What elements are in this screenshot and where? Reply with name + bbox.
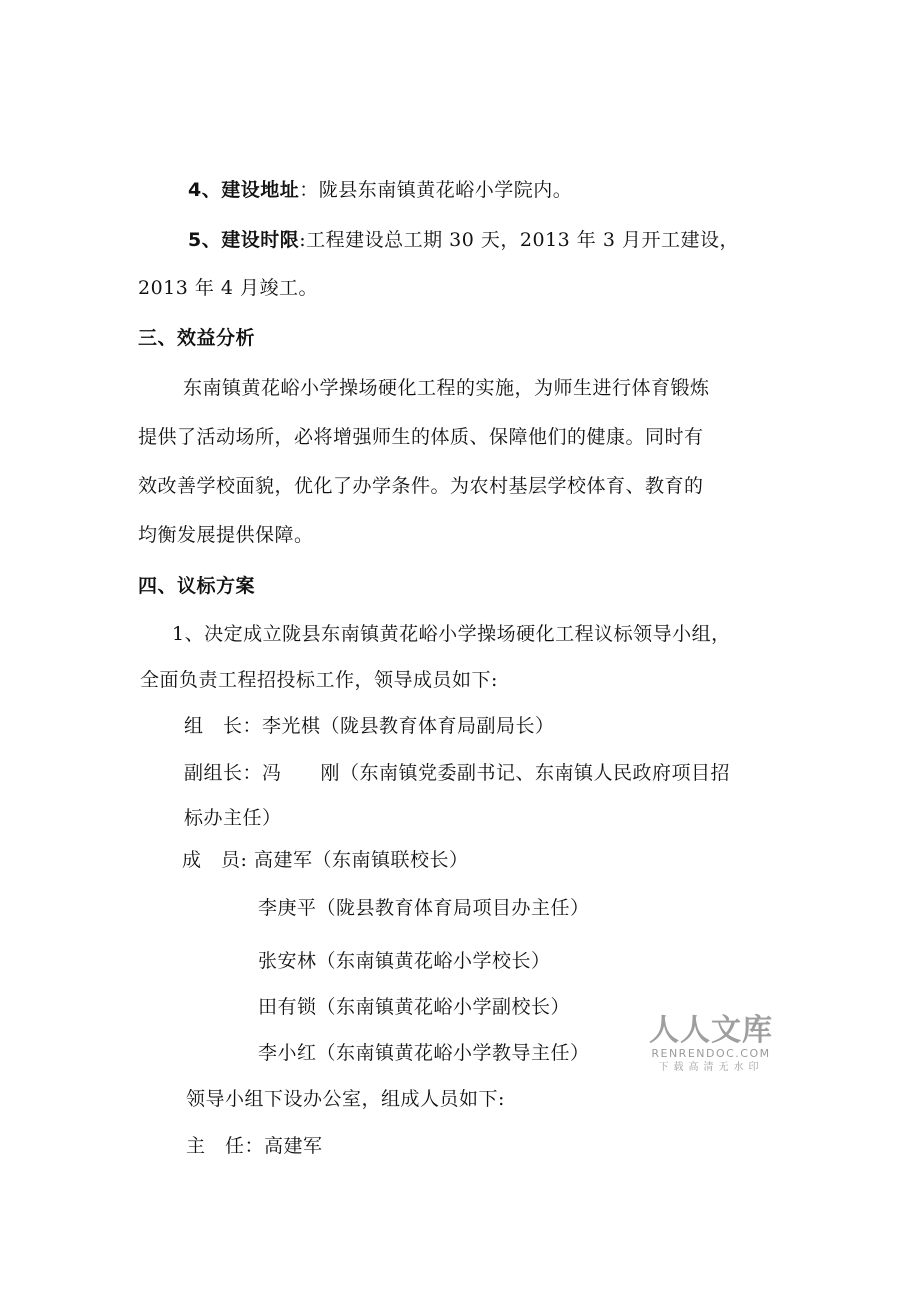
member-line: 张安林（东南镇黄花峪小学校长） [258, 949, 551, 973]
section-3-paragraph-line: 均衡发展提供保障。 [138, 523, 314, 547]
item-4-text: ：陇县东南镇黄花峪小学院内。 [299, 179, 572, 201]
item-5-text: :工程建设总工期 30 天，2013 年 3 月开工建设， [299, 229, 739, 251]
office-director: 主 任：高建军 [186, 1134, 323, 1158]
section-4-heading: 四、议标方案 [138, 574, 255, 598]
deputy-leader: 副组长：冯 刚（东南镇党委副书记、东南镇人民政府项目招 [184, 761, 730, 785]
group-leader: 组 长：李光棋（陇县教育体育局副局长） [184, 714, 555, 738]
watermark: 人人文库 RENRENDOC.COM 下载高清无水印 [646, 1015, 776, 1075]
office-intro: 领导小组下设办公室，组成人员如下: [186, 1087, 505, 1111]
watermark-logo: 人人文库 [646, 1015, 776, 1047]
section-4-intro-line: 全面负责工程招投标工作，领导成员如下: [140, 668, 498, 692]
item-5-continuation: 2013 年 4 月竣工。 [138, 276, 318, 300]
deputy-leader-continuation: 标办主任） [184, 806, 282, 830]
item-5-label: 5、建设时限 [188, 229, 299, 251]
item-5: 5、建设时限:工程建设总工期 30 天，2013 年 3 月开工建设， [188, 228, 739, 252]
member-line: 李小红（东南镇黄花峪小学教导主任） [258, 1041, 590, 1065]
item-4-label: 4、建设地址 [188, 179, 299, 201]
watermark-subtitle: 下载高清无水印 [646, 1061, 776, 1075]
section-3-paragraph-line: 东南镇黄花峪小学操场硬化工程的实施，为师生进行体育锻炼 [183, 376, 710, 400]
section-3-paragraph-line: 提供了活动场所，必将增强师生的体质、保障他们的健康。同时有 [138, 425, 704, 449]
section-3-heading: 三、效益分析 [138, 326, 255, 350]
watermark-url: RENRENDOC.COM [646, 1047, 776, 1061]
item-4: 4、建设地址：陇县东南镇黄花峪小学院内。 [188, 178, 572, 202]
member-line: 李庚平（陇县教育体育局项目办主任） [258, 896, 590, 920]
section-3-paragraph-line: 效改善学校面貌，优化了办学条件。为农村基层学校体育、教育的 [138, 474, 704, 498]
section-4-intro-line: 1、决定成立陇县东南镇黄花峪小学操场硬化工程议标领导小组， [172, 622, 731, 646]
member-line: 成 员: 高建军（东南镇联校长） [182, 848, 468, 872]
member-line: 田有锁（东南镇黄花峪小学副校长） [258, 995, 570, 1019]
